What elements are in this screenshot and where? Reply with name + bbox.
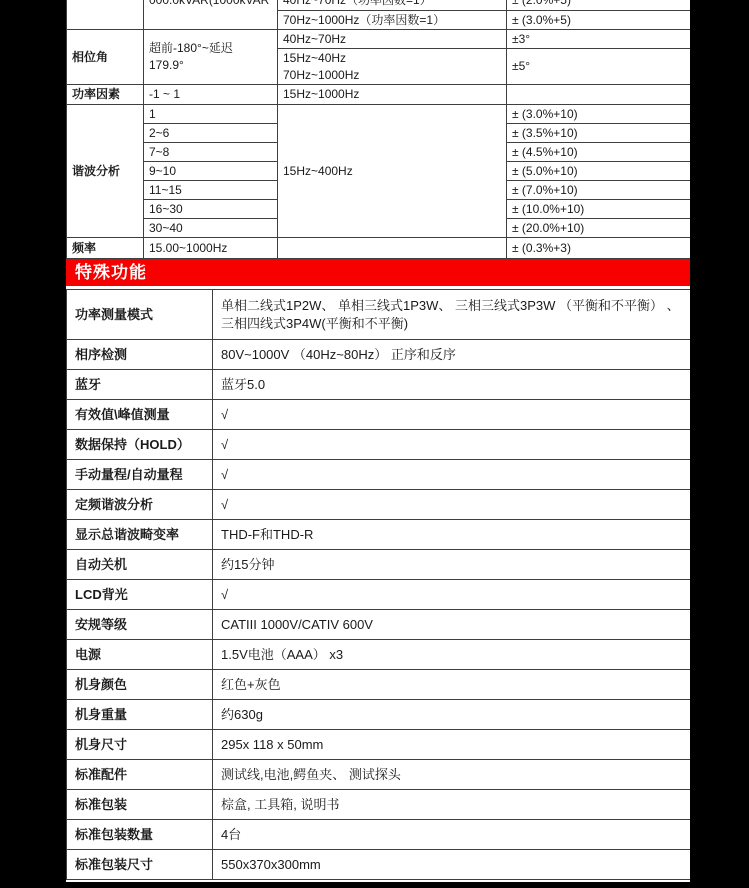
feature-label: 自动关机 (67, 550, 213, 580)
feature-value: √ (213, 430, 691, 460)
feature-row: 标准包装数量4台 (67, 820, 691, 850)
feature-label: 电源 (67, 640, 213, 670)
feature-value: 4台 (213, 820, 691, 850)
feature-row: 显示总谐波畸变率THD-F和THD-R (67, 520, 691, 550)
feature-value: √ (213, 490, 691, 520)
spec-cell: 11~15 (144, 181, 278, 200)
spec-cell-text: ± (0.3%+3) (512, 241, 571, 255)
spec-cell: ± (3.5%+10) (507, 124, 691, 143)
feature-label: 标准包装数量 (67, 820, 213, 850)
spec-cell-text: 70Hz~1000Hz（功率因数=1） (283, 13, 445, 27)
spec-cell-text: ± (10.0%+10) (512, 202, 584, 216)
spec-cell-text: 40Hz~70Hz（功率因数=1） (283, 0, 501, 10)
feature-label: 定频谐波分析 (67, 490, 213, 520)
spec-cell-text: 16~30 (149, 202, 183, 216)
feature-row: 标准包装棕盒, 工具箱, 说明书 (67, 790, 691, 820)
spec-cell: ± (3.0%+10) (507, 105, 691, 124)
spec-cell-text: 7~8 (149, 145, 169, 159)
feature-label: 数据保持（HOLD） (67, 430, 213, 460)
spec-cell: 7~8 (144, 143, 278, 162)
spec-cell-text: 超前-180°~延迟 179.9° (149, 41, 233, 72)
feature-row: 机身颜色红色+灰色 (67, 670, 691, 700)
feature-row: 标准包装尺寸550x370x300mm (67, 850, 691, 880)
feature-row: 相序检测80V~1000V （40Hz~80Hz） 正序和反序 (67, 340, 691, 370)
spec-cell-text: 15Hz~400Hz (283, 164, 353, 178)
feature-row: LCD背光√ (67, 580, 691, 610)
spec-cell-text: ± (3.5%+10) (512, 126, 578, 140)
special-functions-table: 功率测量模式单相二线式1P2W、 单相三线式1P3W、 三相三线式3P3W （平… (66, 289, 690, 880)
spec-cell-text: -1 ~ 1 (149, 87, 180, 101)
feature-value: √ (213, 400, 691, 430)
spec-cell: ± (7.0%+10) (507, 181, 691, 200)
feature-label: LCD背光 (67, 580, 213, 610)
feature-value: 1.5V电池（AAA） x3 (213, 640, 691, 670)
spec-row: 相位角超前-180°~延迟 179.9°40Hz~70Hz±3° (67, 30, 691, 49)
feature-label: 机身重量 (67, 700, 213, 730)
spec-cell: 15Hz~400Hz (278, 105, 507, 238)
accuracy-spec-table: 000.0kVAR(1000kVAR40Hz~70Hz（功率因数=1）± (2.… (66, 0, 690, 259)
spec-cell: 2~6 (144, 124, 278, 143)
spec-cell: 16~30 (144, 200, 278, 219)
feature-row: 定频谐波分析√ (67, 490, 691, 520)
feature-row: 手动量程/自动量程√ (67, 460, 691, 490)
spec-cell: ±5° (507, 49, 691, 85)
feature-row: 有效值\峰值测量√ (67, 400, 691, 430)
spec-cell-text: 2~6 (149, 126, 169, 140)
spec-cell-text: 15.00~1000Hz (149, 241, 227, 255)
spec-cell: -1 ~ 1 (144, 85, 278, 105)
feature-label: 机身尺寸 (67, 730, 213, 760)
feature-row: 安规等级CATIII 1000V/CATIV 600V (67, 610, 691, 640)
feature-value: 约15分钟 (213, 550, 691, 580)
feature-row: 标准配件测试线,电池,鳄鱼夹、 测试探头 (67, 760, 691, 790)
feature-value: 80V~1000V （40Hz~80Hz） 正序和反序 (213, 340, 691, 370)
feature-value: √ (213, 460, 691, 490)
feature-label: 有效值\峰值测量 (67, 400, 213, 430)
spec-cell: 000.0kVAR(1000kVAR (144, 0, 278, 30)
spec-cell: 30~40 (144, 219, 278, 238)
special-functions-banner: 特殊功能 (66, 259, 690, 286)
spec-cell: 频率 (67, 238, 144, 259)
spec-cell-text: 功率因素 (72, 87, 120, 101)
spec-cell (278, 238, 507, 259)
feature-value: 棕盒, 工具箱, 说明书 (213, 790, 691, 820)
accuracy-table-body: 000.0kVAR(1000kVAR40Hz~70Hz（功率因数=1）± (2.… (67, 0, 691, 259)
spec-cell-text: 相位角 (72, 50, 108, 64)
feature-row: 蓝牙蓝牙5.0 (67, 370, 691, 400)
spec-cell: 70Hz~1000Hz（功率因数=1） (278, 11, 507, 30)
feature-value: 550x370x300mm (213, 850, 691, 880)
spec-cell-text: 1 (149, 107, 156, 121)
feature-value: √ (213, 580, 691, 610)
spec-cell-text: ± (3.0%+10) (512, 107, 578, 121)
spec-cell-text: 40Hz~70Hz (283, 32, 346, 46)
feature-label: 标准包装尺寸 (67, 850, 213, 880)
spec-cell: 相位角 (67, 30, 144, 85)
spec-cell: 超前-180°~延迟 179.9° (144, 30, 278, 85)
spec-cell-text: ± (5.0%+10) (512, 164, 578, 178)
feature-row: 电源1.5V电池（AAA） x3 (67, 640, 691, 670)
spec-cell: 40Hz~70Hz（功率因数=1） (278, 0, 507, 11)
spec-cell: ±3° (507, 30, 691, 49)
spec-row: 谐波分析115Hz~400Hz± (3.0%+10) (67, 105, 691, 124)
feature-row: 机身尺寸295x 118 x 50mm (67, 730, 691, 760)
spec-cell: ± (2.0%+5) (507, 0, 691, 11)
special-table-body: 功率测量模式单相二线式1P2W、 单相三线式1P3W、 三相三线式3P3W （平… (67, 290, 691, 880)
feature-row: 自动关机约15分钟 (67, 550, 691, 580)
spec-cell: 谐波分析 (67, 105, 144, 238)
feature-label: 机身颜色 (67, 670, 213, 700)
spec-row: 功率因素-1 ~ 115Hz~1000Hz (67, 85, 691, 105)
feature-label: 安规等级 (67, 610, 213, 640)
feature-value: 红色+灰色 (213, 670, 691, 700)
feature-row: 机身重量约630g (67, 700, 691, 730)
feature-label: 手动量程/自动量程 (67, 460, 213, 490)
feature-label: 标准包装 (67, 790, 213, 820)
spec-cell: 40Hz~70Hz (278, 30, 507, 49)
spec-cell: ± (5.0%+10) (507, 162, 691, 181)
feature-label: 显示总谐波畸变率 (67, 520, 213, 550)
spec-cell-text: 000.0kVAR(1000kVAR (149, 0, 272, 10)
spec-cell-text: ± (2.0%+5) (512, 0, 685, 10)
spec-sheet-content: 000.0kVAR(1000kVAR40Hz~70Hz（功率因数=1）± (2.… (66, 0, 690, 882)
spec-cell-text: 15Hz~40Hz 70Hz~1000Hz (283, 51, 359, 82)
feature-label: 标准配件 (67, 760, 213, 790)
spec-cell-text: 30~40 (149, 221, 183, 235)
spec-cell: 功率因素 (67, 85, 144, 105)
special-functions-banner-title: 特殊功能 (75, 263, 147, 282)
spec-cell: 9~10 (144, 162, 278, 181)
spec-cell: ± (10.0%+10) (507, 200, 691, 219)
spec-cell-text: ±3° (512, 32, 530, 46)
screenshot-root: { "banner": { "title": "特殊功能" }, "colors… (0, 0, 749, 888)
spec-cell-text: 9~10 (149, 164, 176, 178)
feature-value: CATIII 1000V/CATIV 600V (213, 610, 691, 640)
spec-cell-text: ±5° (512, 59, 530, 73)
spec-cell-text: 15Hz~1000Hz (283, 87, 359, 101)
spec-cell-text: ± (4.5%+10) (512, 145, 578, 159)
feature-value: 蓝牙5.0 (213, 370, 691, 400)
spec-cell-text: 频率 (72, 241, 96, 255)
spec-cell: ± (0.3%+3) (507, 238, 691, 259)
spec-cell-text: 谐波分析 (72, 164, 120, 178)
spec-cell-text: ± (7.0%+10) (512, 183, 578, 197)
feature-value: 测试线,电池,鳄鱼夹、 测试探头 (213, 760, 691, 790)
spec-cell: ± (20.0%+10) (507, 219, 691, 238)
feature-row: 功率测量模式单相二线式1P2W、 单相三线式1P3W、 三相三线式3P3W （平… (67, 290, 691, 340)
spec-cell-text: ± (3.0%+5) (512, 13, 571, 27)
spec-cell (67, 0, 144, 30)
spec-cell: 15Hz~40Hz 70Hz~1000Hz (278, 49, 507, 85)
feature-value: 295x 118 x 50mm (213, 730, 691, 760)
spec-row: 频率15.00~1000Hz± (0.3%+3) (67, 238, 691, 259)
feature-value: 约630g (213, 700, 691, 730)
spec-cell: 15.00~1000Hz (144, 238, 278, 259)
feature-label: 功率测量模式 (67, 290, 213, 340)
spec-cell: 1 (144, 105, 278, 124)
spec-cell-text: 11~15 (149, 183, 182, 197)
feature-value: 单相二线式1P2W、 单相三线式1P3W、 三相三线式3P3W （平衡和不平衡）… (213, 290, 691, 340)
spec-row: 000.0kVAR(1000kVAR40Hz~70Hz（功率因数=1）± (2.… (67, 0, 691, 11)
feature-value: THD-F和THD-R (213, 520, 691, 550)
spec-cell-text: ± (20.0%+10) (512, 221, 584, 235)
spec-cell: ± (4.5%+10) (507, 143, 691, 162)
spec-cell (507, 85, 691, 105)
feature-row: 数据保持（HOLD）√ (67, 430, 691, 460)
spec-cell: ± (3.0%+5) (507, 11, 691, 30)
spec-cell: 15Hz~1000Hz (278, 85, 507, 105)
feature-label: 相序检测 (67, 340, 213, 370)
feature-label: 蓝牙 (67, 370, 213, 400)
